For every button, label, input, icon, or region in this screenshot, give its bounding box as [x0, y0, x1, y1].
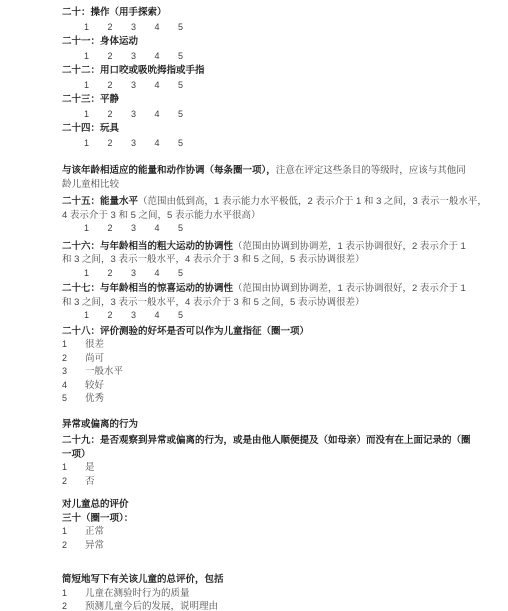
item-26-desc-cont: 和 3 之间，3 表示一般水平，4 表示介于 3 和 5 之间，5 表示协调很差…: [62, 253, 458, 267]
item-25-rating-scale: 12345: [62, 222, 458, 236]
option-number: 3: [62, 365, 85, 379]
option-label: 否: [85, 475, 95, 489]
scale-value-1: 1: [84, 78, 108, 92]
item-29-title-cont: 一项）: [62, 448, 458, 462]
scale-value-2: 2: [108, 309, 132, 323]
scale-value-3: 3: [131, 136, 155, 150]
scale-value-5: 5: [178, 78, 202, 92]
item-20-title: 二十：操作（用手探索）: [62, 6, 458, 20]
item-24-rating-scale: 12345: [62, 136, 458, 151]
scale-value-4: 4: [155, 267, 179, 281]
item-20-rating-scale: 12345: [62, 20, 458, 35]
option-number: 1: [62, 461, 85, 475]
item-30-title: 三十（圈一项）：: [62, 512, 458, 526]
item-25: 二十五：能量水平（范围由低到高，1 表示能力水平极低，2 表示介于 1 和 3 …: [62, 195, 458, 236]
option-number: 2: [62, 475, 85, 489]
energy-section: 与该年龄相适应的能量和动作协调（每条圈一项），注意在评定这些条目的等级时，应该与…: [62, 164, 458, 191]
scale-value-2: 2: [108, 267, 132, 281]
abnormal-behavior-section: 异常或偏离的行为 二十九：是否观察到异常或偏离的行为，或是由他人顺便提及（如母亲…: [62, 418, 458, 489]
scale-value-5: 5: [178, 267, 202, 281]
item-25-title: 二十五：能量水平: [62, 196, 138, 207]
item-27-title: 二十七：与年龄相当的惊喜运动的协调性: [62, 283, 233, 294]
item-29-option-yes: 1是: [62, 461, 458, 475]
item-26-text: 二十六：与年龄相当的粗大运动的协调性（范围由协调到协调差，1 表示协调很好，2 …: [62, 240, 458, 254]
item-27-text: 二十七：与年龄相当的惊喜运动的协调性（范围由协调到协调差，1 表示协调很好，2 …: [62, 282, 458, 296]
option-label: 是: [85, 461, 95, 475]
item-25-desc: （范围由低到高，1 表示能力水平极低，2 表示介于 1 和 3 之间，3 表示一…: [138, 196, 487, 207]
scale-value-3: 3: [131, 49, 155, 63]
item-23-rating-scale: 12345: [62, 107, 458, 122]
item-29-option-no: 2否: [62, 475, 458, 489]
scale-value-5: 5: [178, 107, 202, 121]
scale-value-5: 5: [178, 20, 202, 34]
scale-value-4: 4: [155, 107, 179, 121]
scale-value-2: 2: [108, 78, 132, 92]
overall-section-heading: 对儿童总的评价: [62, 498, 458, 512]
item-23-title: 二十三：平静: [62, 93, 458, 107]
scale-value-5: 5: [178, 49, 202, 63]
item-29: 二十九：是否观察到异常或偏离的行为，或是由他人顺便提及（如母亲）而没有在上面记录…: [62, 434, 458, 488]
scale-value-1: 1: [84, 136, 108, 150]
item-25-text: 二十五：能量水平（范围由低到高，1 表示能力水平极低，2 表示介于 1 和 3 …: [62, 195, 458, 209]
option-label: 尚可: [85, 352, 104, 366]
scale-value-5: 5: [178, 309, 202, 323]
option-label: 异常: [85, 539, 104, 553]
option-number: 2: [62, 352, 85, 366]
item-26-rating-scale: 12345: [62, 267, 458, 281]
item-21-rating-scale: 12345: [62, 49, 458, 64]
item-28: 二十八：评价测验的好坏是否可以作为儿童指征（圈一项） 1很差 2尚可 3一般水平…: [62, 325, 458, 406]
scale-value-4: 4: [155, 49, 179, 63]
item-22-title: 二十二：用口咬或吸吮拇指或手指: [62, 64, 458, 78]
scale-value-3: 3: [131, 107, 155, 121]
scale-value-5: 5: [178, 222, 202, 236]
item-28-option-2: 2尚可: [62, 352, 458, 366]
item-27: 二十七：与年龄相当的惊喜运动的协调性（范围由协调到协调差，1 表示协调很好，2 …: [62, 282, 458, 323]
item-28-option-3: 3一般水平: [62, 365, 458, 379]
item-27-desc-cont: 和 3 之间，3 表示一般水平，4 表示介于 3 和 5 之间，5 表示协调很差…: [62, 296, 458, 310]
scale-value-2: 2: [108, 222, 132, 236]
item-26-title: 二十六：与年龄相当的粗大运动的协调性: [62, 241, 233, 252]
option-number: 5: [62, 392, 85, 406]
scale-value-3: 3: [131, 78, 155, 92]
summary-section-heading: 简短地写下有关该儿童的总评价，包括: [62, 573, 458, 587]
scale-value-2: 2: [108, 49, 132, 63]
scale-value-4: 4: [155, 20, 179, 34]
item-26-desc: （范围由协调到协调差，1 表示协调很好，2 表示介于 1: [233, 241, 466, 252]
overall-evaluation-section: 对儿童总的评价 三十（圈一项）： 1正常 2异常: [62, 498, 458, 552]
scale-value-1: 1: [84, 267, 108, 281]
option-label: 儿童在测验时行为的质量: [85, 587, 190, 601]
option-number: 1: [62, 338, 85, 352]
questionnaire-page: 二十：操作（用手探索） 12345 二十一：身体运动 12345 二十二：用口咬…: [62, 6, 458, 611]
item-26: 二十六：与年龄相当的粗大运动的协调性（范围由协调到协调差，1 表示协调很好，2 …: [62, 240, 458, 281]
item-28-title: 二十八：评价测验的好坏是否可以作为儿童指征（圈一项）: [62, 325, 458, 339]
summary-point-1: 1儿童在测验时行为的质量: [62, 587, 458, 601]
option-label: 预测儿童今后的发展，说明理由: [85, 600, 218, 611]
item-27-desc: （范围由协调到协调差，1 表示协调很好，2 表示介于 1: [233, 283, 466, 294]
abnormal-section-heading: 异常或偏离的行为: [62, 418, 458, 432]
item-30-option-normal: 1正常: [62, 525, 458, 539]
option-label: 正常: [85, 525, 104, 539]
scale-value-1: 1: [84, 20, 108, 34]
energy-section-intro: 与该年龄相适应的能量和动作协调（每条圈一项），注意在评定这些条目的等级时，应该与…: [62, 164, 458, 178]
scale-value-4: 4: [155, 309, 179, 323]
option-number: 2: [62, 600, 85, 611]
option-label: 一般水平: [85, 365, 123, 379]
item-29-title: 二十九：是否观察到异常或偏离的行为，或是由他人顺便提及（如母亲）而没有在上面记录…: [62, 434, 458, 448]
scale-value-1: 1: [84, 222, 108, 236]
option-number: 4: [62, 379, 85, 393]
scale-value-1: 1: [84, 107, 108, 121]
energy-section-heading: 与该年龄相适应的能量和动作协调（每条圈一项），: [62, 165, 276, 176]
scale-value-3: 3: [131, 222, 155, 236]
option-label: 较好: [85, 379, 104, 393]
scale-value-1: 1: [84, 309, 108, 323]
scale-value-4: 4: [155, 136, 179, 150]
item-21-title: 二十一：身体运动: [62, 35, 458, 49]
item-30-option-abnormal: 2异常: [62, 539, 458, 553]
scale-value-2: 2: [108, 107, 132, 121]
scale-value-3: 3: [131, 20, 155, 34]
scale-value-3: 3: [131, 309, 155, 323]
scale-value-1: 1: [84, 49, 108, 63]
scale-value-4: 4: [155, 78, 179, 92]
option-number: 2: [62, 539, 85, 553]
energy-section-note-cont: 龄儿童相比较: [62, 178, 458, 192]
scale-value-4: 4: [155, 222, 179, 236]
item-28-option-4: 4较好: [62, 379, 458, 393]
option-label: 优秀: [85, 392, 104, 406]
option-number: 1: [62, 587, 85, 601]
item-28-option-5: 5优秀: [62, 392, 458, 406]
item-22-rating-scale: 12345: [62, 78, 458, 93]
item-25-desc-cont: 4 表示介于 3 和 5 之间，5 表示能力水平很高）: [62, 209, 458, 223]
scale-value-3: 3: [131, 267, 155, 281]
option-number: 1: [62, 525, 85, 539]
item-24-title: 二十四：玩具: [62, 122, 458, 136]
option-label: 很差: [85, 338, 104, 352]
scale-value-2: 2: [108, 136, 132, 150]
summary-section: 简短地写下有关该儿童的总评价，包括 1儿童在测验时行为的质量 2预测儿童今后的发…: [62, 573, 458, 611]
item-28-option-1: 1很差: [62, 338, 458, 352]
summary-point-2: 2预测儿童今后的发展，说明理由: [62, 600, 458, 611]
scale-value-2: 2: [108, 20, 132, 34]
energy-section-note: 注意在评定这些条目的等级时，应该与其他同: [276, 165, 466, 176]
scale-value-5: 5: [178, 136, 202, 150]
item-27-rating-scale: 12345: [62, 309, 458, 323]
